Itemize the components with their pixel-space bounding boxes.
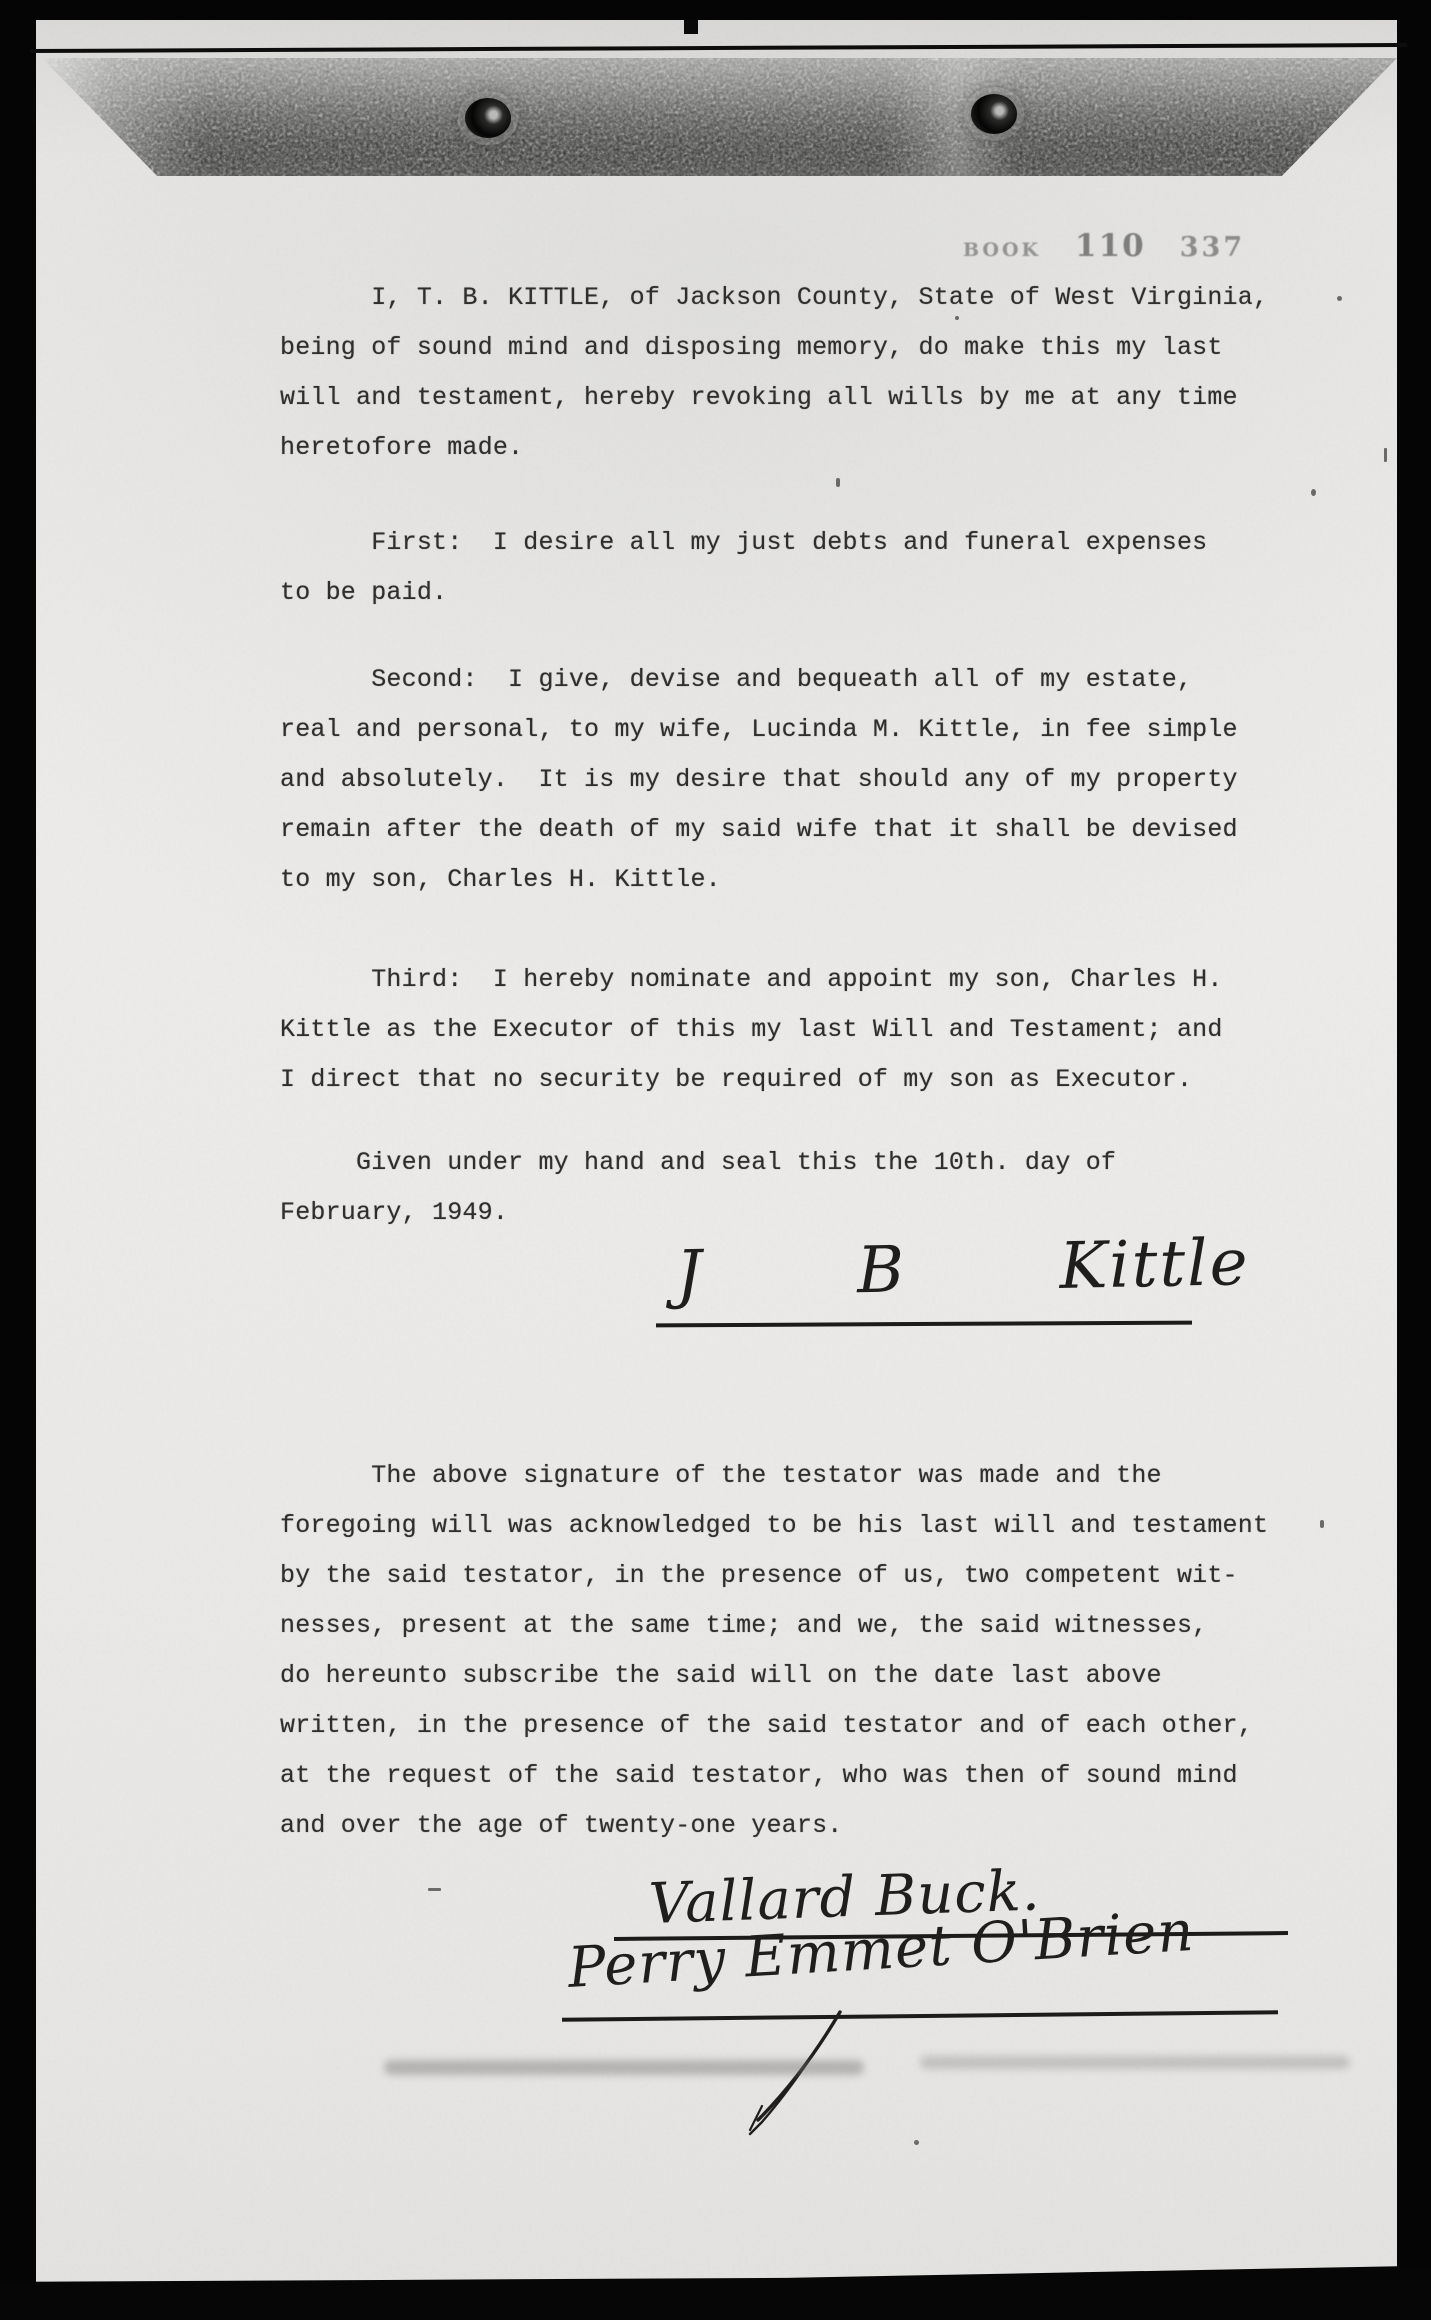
ink-speck <box>1384 448 1387 462</box>
paper-sheet: BOOK 110 337 I, T. B. KITTLE, of Jackson… <box>36 20 1397 2320</box>
stamp-book-number: 110 <box>1075 228 1146 264</box>
ink-speck <box>1311 489 1316 496</box>
book-page-stamp: BOOK 110 337 <box>963 228 1245 264</box>
binding-strip <box>42 58 1397 176</box>
stamp-book-label: BOOK <box>963 239 1041 261</box>
ink-speck <box>1320 1520 1324 1528</box>
testator-signature: J B Kittle <box>675 1226 1250 1312</box>
ink-speck <box>836 478 840 487</box>
testator-signature-line <box>656 1321 1192 1328</box>
binding-strip-texture <box>42 58 1397 176</box>
second-clause-paragraph: Second: I give, devise and bequeath all … <box>280 655 1350 905</box>
third-clause-paragraph: Third: I hereby nominate and appoint my … <box>280 955 1350 1105</box>
binding-grommet-right <box>971 94 1017 134</box>
witness-signature-line-2 <box>562 2010 1278 2021</box>
scanned-will-page: BOOK 110 337 I, T. B. KITTLE, of Jackson… <box>0 0 1431 2320</box>
first-clause-paragraph: First: I desire all my just debts and fu… <box>280 518 1350 618</box>
stamp-page-number: 337 <box>1180 232 1245 263</box>
opening-paragraph: I, T. B. KITTLE, of Jackson County, Stat… <box>280 273 1350 473</box>
binding-grommet-left <box>465 98 511 138</box>
scan-smudge-right <box>920 2056 1350 2069</box>
ink-speck <box>914 2140 919 2145</box>
ink-speck <box>955 316 959 320</box>
binding-notch <box>684 20 698 34</box>
top-rule-line <box>30 43 1407 53</box>
attestation-paragraph: The above signature of the testator was … <box>280 1451 1350 1851</box>
ink-speck <box>1337 296 1342 301</box>
execution-paragraph: Given under my hand and seal this the 10… <box>280 1138 1350 1238</box>
ink-speck <box>428 1888 441 1891</box>
scan-smudge-left <box>384 2060 864 2075</box>
